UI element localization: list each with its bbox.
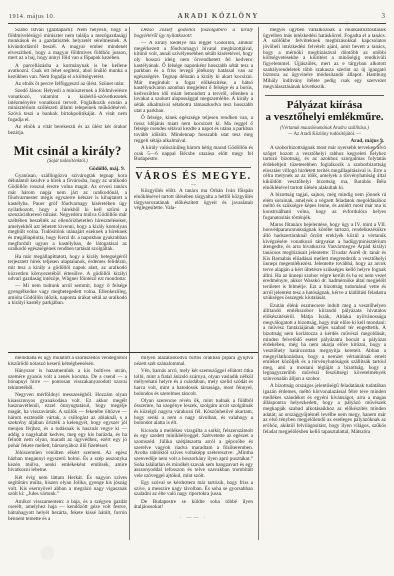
memorial-article-title-line1: Pályázat kiírása [263,99,386,112]
column-divider-left [129,27,130,540]
king-article-body: Gyanúsan, szállingózva szivárogtak tegna… [8,174,127,307]
page-number: 3 [382,12,386,20]
paragraph: Amikor visszamentem: a baja, és a szégye… [8,500,127,523]
paragraph: De Budapestre se küldte soha többé ilyen… [134,500,253,511]
page-header: 1914. május 10. ARADI KÖZLÖNY 3 [9,12,385,20]
king-article-subtitle: (Saját tudósítónktól.) [8,159,127,164]
memorial-article-title-line2: a vesztőhelyi emlékműre. [263,111,386,124]
paragraph: Maros főtanács bejelentése, hogy úgy a I… [263,223,386,302]
section-rule [136,167,251,168]
king-article-dateline: Gödöllő, máj. 9. [8,166,125,172]
middle-column-upper: Dezső József gödöllői főszolgabíró a kir… [134,28,253,351]
left-column-feuilleton: melódiába és úgy mulatott a szomszédos v… [8,356,127,538]
article-rule [265,95,384,96]
city-section-body: Közgyűlés előtt. A tanács ma Orbán Iván … [134,189,253,212]
king-continuation-intro: Dezső József gödöllői főszolgabíró a kir… [134,28,253,39]
paragraph: Egy szóval se kérdeztem már tartózik, ho… [134,481,253,498]
newspaper-page: 1914. május 10. ARADI KÖZLÖNY 3 Szabó Is… [0,0,394,576]
city-section-title: VÁROS ÉS MEGYE. [134,171,253,182]
paragraph: Jóhiszeműen vénülten elkért szemem. Az e… [8,451,127,474]
paragraph: Közgyűlés előtt. A tanács ma Orbán Iván … [134,189,253,212]
memorial-article-body: A szoborbizottságnak most már nyersebb t… [263,146,386,435]
paragraph: Gyanúsan, szállingózva szivárogtak tegna… [8,174,127,253]
paragraph: Negyven mérföldnyi messzeségből. Hozzám … [8,393,127,450]
paragraph: Kicsoda a mellékes vizsgálta a sarkit, f… [134,429,253,480]
memorial-article-dateline: Arad, május 9. [263,138,384,144]
paragraph: A szoborbizottságnak most már nyersebb t… [263,146,386,191]
memorial-article-header: Pályázat kiírása a vesztőhelyi emlékműre… [263,99,386,144]
paragraph: Olyan szerencse révén ők, mint tudnak a … [134,399,253,427]
paragraph: Ha már megállapíttatott, hogy a király b… [8,255,127,283]
paragraph: Szedő János: Helyesli a miniszternek a f… [8,89,127,123]
header-rule [8,23,386,24]
paragraph: — A király kedélye ma reggel Gödöllőn, a… [134,41,253,115]
paragraph: — Mi nem tudtunk arról semmit, hogy ő fe… [8,284,127,307]
paragraph: Az elnök a vitát berekeszti és az ülést … [8,125,127,136]
paragraph: Ő felsége, kinek egészsége teljesen rend… [134,116,253,144]
feuilleton-text: melódiába és úgy mulatott a szomszédos v… [8,356,127,522]
memorial-article-subtitle: (Vértanuk mauzóleumának Aradra szállítás… [263,126,386,131]
king-continuation-body: — A király kedélye ma reggel Gödöllőn, a… [134,41,253,165]
right-column: megyei ügyben vállalkoznak a munkásbizto… [263,28,386,538]
council-continuation: megyei ügyben vállalkoznak a munkásbizto… [263,28,386,92]
king-article-title: Mit csinál a király? [8,144,127,158]
feuilleton-end-marks: · —— · [134,516,253,521]
paragraph: milyen alázatoskodva fürtös órákban pipá… [134,356,253,367]
paragraph: melódiába és úgy mulatott a szomszédos v… [8,356,127,367]
paragraph: Az elnök öt percre felfüggeszti az ülést… [8,82,127,88]
feuilleton-rule [8,352,258,353]
king-article-header: Mit csinál a király? (Saját tudósítónktó… [8,144,127,172]
paragraph: A király valószínűleg három hétig marad … [134,146,253,163]
paragraph: Hányszor is hazamentünk a kis boltíves u… [8,369,127,392]
paragraph: megyei ügyben vállalkoznak a munkásbizto… [263,28,386,90]
masthead-title: ARADI KÖZLÖNY [178,12,259,20]
memorial-article-byline: — Az Aradi Közlöny tudósítójától. — [263,132,386,137]
feuilleton-text-continued: milyen alázatoskodva fürtös órákban pipá… [134,356,253,513]
middle-column-feuilleton: milyen alázatoskodva fürtös órákban pipá… [134,356,253,542]
left-column-upper: Szabó István (gazdapárti): Nem helyesli,… [8,28,127,351]
paragraph: Szabó István (gazdapárti): Nem helyesli,… [8,28,127,62]
issue-date: 1914. május 10. [9,13,55,20]
intro-paragraph: Dezső József gödöllői főszolgabíró a kir… [134,28,253,39]
paragraph: Két évig nem láttam Herkát. És nagyon sz… [8,476,127,499]
parliament-report: Szabó István (gazdapárti): Nem helyesli,… [8,28,127,138]
paragraph: Ezután élénk eszmecsere indult meg a ves… [263,304,386,383]
paragraph: Vén, barnás arcú, mely két szemszöggel e… [134,369,253,397]
paragraph: A parcellázásba a kormánynak is be kelle… [8,64,127,81]
column-divider-right [258,27,259,540]
paragraph: A bizottság tagjai, sajnos, még mindig n… [263,193,386,221]
paragraph: A bizottság országos jelentőségű feladat… [263,384,386,435]
